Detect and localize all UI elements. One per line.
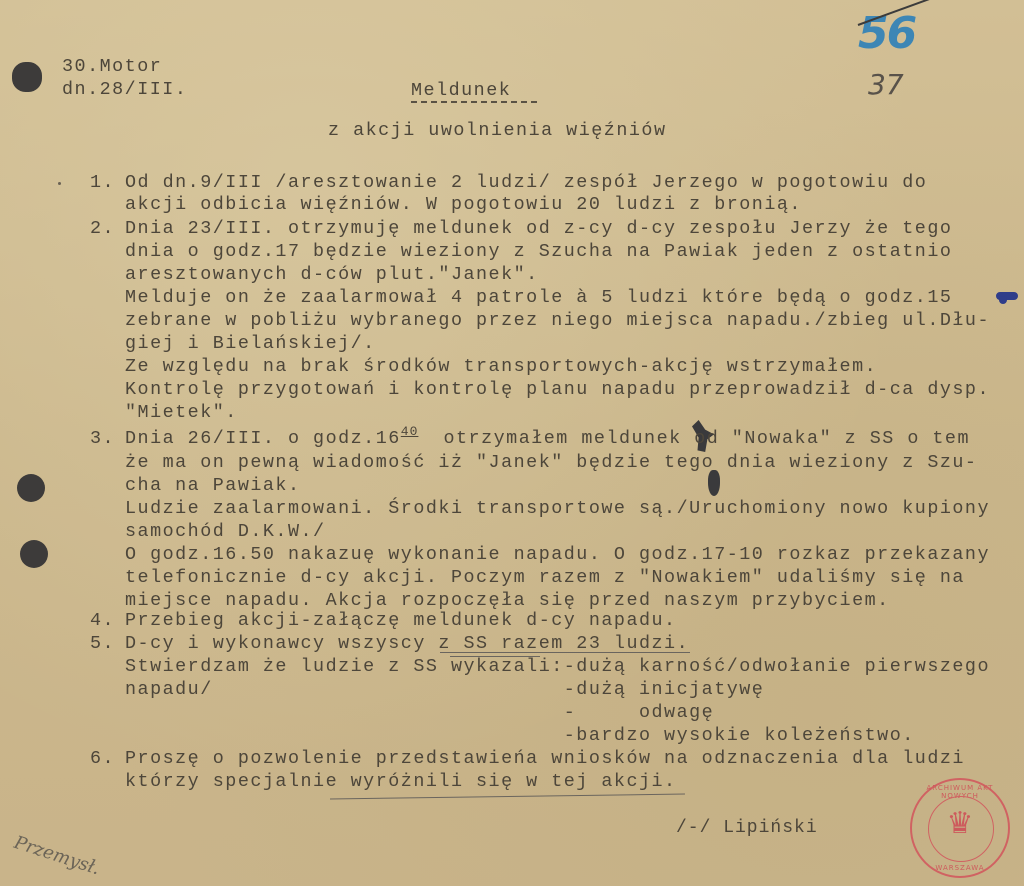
item-line: Dnia 26/III. o godz.1640 otrzymałem meld… bbox=[125, 428, 970, 451]
signature: /-/ Lipiński bbox=[676, 818, 818, 838]
item-line: Kontrolę przygotowań i kontrolę planu na… bbox=[125, 379, 990, 401]
item-number: 1. bbox=[90, 172, 115, 194]
item-number: 2. bbox=[90, 218, 115, 240]
item-line: samochód D.K.W./ bbox=[125, 521, 326, 543]
header-unit: 30.Motor bbox=[62, 56, 162, 78]
punch-hole-bottom bbox=[20, 540, 48, 568]
item-line: - odwagę bbox=[125, 702, 714, 724]
blue-ink-dot bbox=[999, 296, 1007, 304]
item-line: "Mietek". bbox=[125, 402, 238, 424]
page-title: Meldunek bbox=[411, 80, 511, 102]
folio-number: 37 bbox=[868, 68, 904, 101]
item-line-text: otrzymałem meldunek od "Nowaka" z SS o t… bbox=[418, 428, 970, 449]
item-number: 5. bbox=[90, 633, 115, 655]
title-underline bbox=[411, 101, 537, 103]
item-number: 4. bbox=[90, 610, 115, 632]
item-line: cha na Pawiak. bbox=[125, 475, 301, 497]
item-number: 3. bbox=[90, 428, 115, 450]
item-line: -bardzo wysokie koleżeństwo. bbox=[125, 725, 915, 747]
item-line-text: Dnia 26/III. o godz.16 bbox=[125, 428, 401, 449]
eagle-emblem-icon: ♛ bbox=[912, 806, 1008, 841]
item-line: giej i Bielańskiej/. bbox=[125, 333, 376, 355]
header-date: dn.28/III. bbox=[62, 79, 187, 101]
archive-stamp: ARCHIWUM AKT NOWYCH ♛ WARSZAWA bbox=[910, 778, 1010, 878]
item-line: Od dn.9/III /aresztowanie 2 ludzi/ zespó… bbox=[125, 172, 927, 194]
item-line: Proszę o pozwolenie przedstawieńa wniosk… bbox=[125, 748, 965, 770]
item-line: napadu/ -dużą inicjatywę bbox=[125, 679, 764, 701]
margin-dot bbox=[58, 182, 61, 185]
item-line: którzy specjalnie wyróżnili się w tej ak… bbox=[125, 771, 677, 793]
item-line: dnia o godz.17 będzie wieziony z Szucha … bbox=[125, 241, 952, 263]
punch-hole-middle bbox=[17, 474, 45, 502]
item-line: Dnia 23/III. otrzymuję meldunek od z-cy … bbox=[125, 218, 952, 240]
item-line: telefonicznie d-cy akcji. Poczym razem z… bbox=[125, 567, 965, 589]
item-line: Melduje on że zaalarmował 4 patrole à 5 … bbox=[125, 287, 952, 309]
item-line: Ludzie zaalarmowani. Środki transportowe… bbox=[125, 498, 990, 520]
pencil-overline bbox=[450, 656, 540, 657]
stamp-bottom-text: WARSZAWA bbox=[912, 864, 1008, 872]
item-line: Ze względu na brak środków transportowyc… bbox=[125, 356, 877, 378]
punch-hole-top bbox=[12, 62, 42, 92]
item-line: Stwierdzam że ludzie z SS wykazali:-dużą… bbox=[125, 656, 990, 678]
item-line: Przebieg akcji-załączę meldunek d-cy nap… bbox=[125, 610, 677, 632]
pencil-underline bbox=[440, 652, 690, 653]
time-superscript: 40 bbox=[401, 424, 419, 439]
item-line: zebrane w pobliżu wybranego przez niego … bbox=[125, 310, 990, 332]
item-number: 6. bbox=[90, 748, 115, 770]
item-line: akcji odbicia więźniów. W pogotowiu 20 l… bbox=[125, 194, 802, 216]
item-line: miejsce napadu. Akcja rozpoczęła się prz… bbox=[125, 590, 890, 612]
item-line: że ma on pewną wiadomość iż "Janek" będz… bbox=[125, 452, 977, 474]
item-line: aresztowanych d-ców plut."Janek". bbox=[125, 264, 539, 286]
item-line: O godz.16.50 nakazuę wykonanie napadu. O… bbox=[125, 544, 990, 566]
page-subtitle: z akcji uwolnienia więźniów bbox=[328, 120, 666, 142]
